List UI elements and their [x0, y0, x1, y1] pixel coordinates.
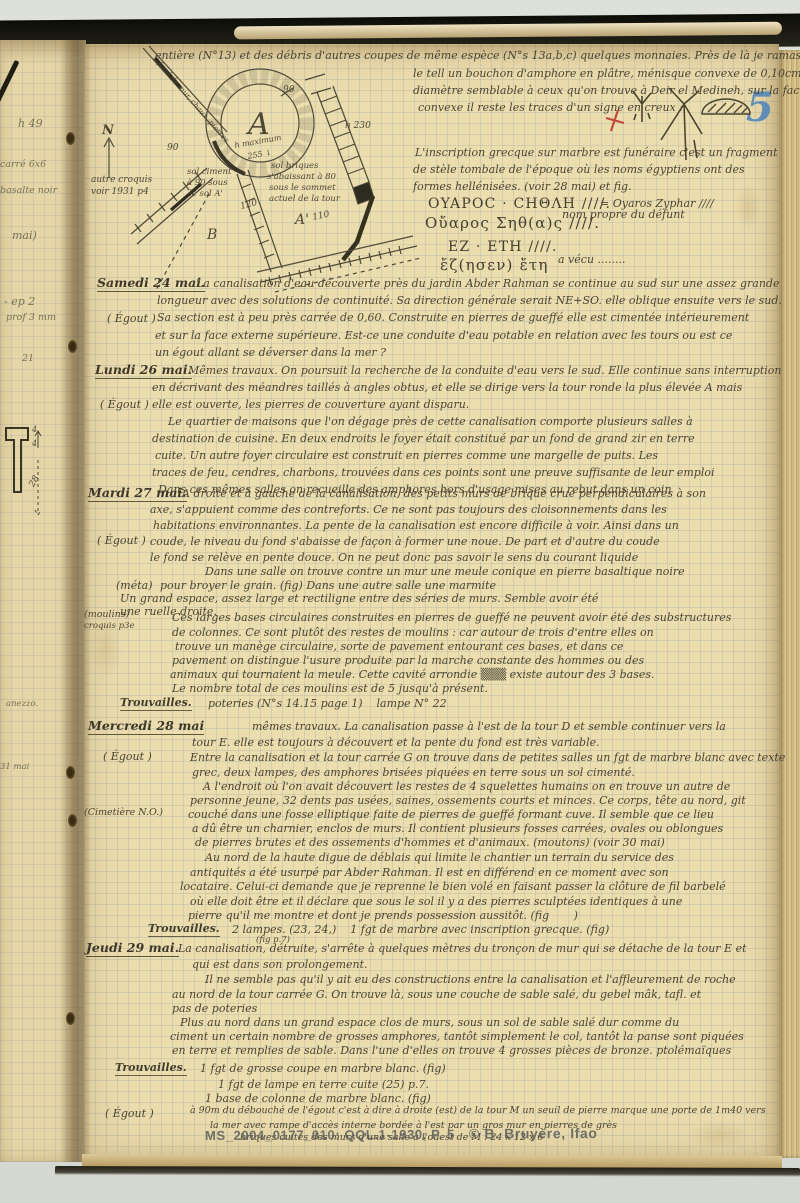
svg-text:90: 90 — [167, 143, 179, 153]
entry-line: La canalisation d'eau découverte près du… — [196, 278, 779, 291]
svg-text:sous le sommet: sous le sommet — [269, 183, 336, 193]
archive-stamp: MS_2004_0177_010: QQL.1-1930, P. 5© B. B… — [205, 1125, 598, 1143]
entry-heading-mercredi-28-mai: Mercredi 28 mai — [88, 719, 204, 735]
svg-text:110: 110 — [312, 210, 331, 223]
svg-text:4: 4 — [31, 425, 37, 434]
plan-margin-note: autre croquis — [91, 175, 152, 185]
stitch-hole — [66, 132, 75, 145]
entry-line: animaux qui tournaient la meule. Cette c… — [170, 669, 655, 682]
stitch-hole — [68, 340, 77, 353]
entry-line: tour E. elle est toujours à découvert et… — [192, 737, 600, 750]
svg-text:4: 4 — [31, 439, 37, 448]
prev-page-fragment: basalte noir — [0, 186, 57, 197]
entry-line: le fond se relève en pente douce. On ne … — [150, 552, 638, 565]
entry-line: traces de feu, cendres, charbons, trouvé… — [152, 467, 715, 480]
entry-heading-samedi-24-mai: Samedi 24 mai. — [97, 276, 205, 292]
prev-page-fragment: anezzo. — [6, 700, 38, 710]
entry-line: Mêmes travaux. On poursuit la recherche … — [188, 365, 782, 378]
area-b-label: B — [206, 227, 217, 243]
entry-line: qui est dans son prolongement. — [192, 959, 368, 972]
svg-text:sol briques: sol briques — [271, 161, 319, 171]
prev-page-fragment: prof 3 mm — [6, 313, 56, 324]
trouvailles-label: Trouvailles. — [115, 1062, 187, 1076]
entry-line: de pierres brutes et des ossements d'hom… — [195, 837, 665, 850]
entry-line: Le nombre total de ces moulins est de 5 … — [172, 683, 488, 696]
svg-text:h 230: h 230 — [345, 121, 371, 131]
margin-label-meta: (méta) — [116, 580, 153, 593]
trouvailles-line: poteries (N°s 14.15 page 1) lampe N° 22 — [208, 698, 447, 711]
entry-line: habitations environnantes. La pente de l… — [153, 520, 679, 533]
north-arrow — [104, 138, 114, 178]
entry-line: un égout allant se déverser dans la mer … — [155, 347, 386, 360]
entry-line: mêmes travaux. La canalisation passe à l… — [252, 721, 726, 734]
greek-inscription-line: ἔζ(ησεν) ἔτη — [440, 257, 549, 274]
trouvailles-label: Trouvailles. — [120, 697, 192, 711]
stitch-hole — [66, 766, 75, 779]
svg-text:255 ↓: 255 ↓ — [246, 148, 273, 161]
svg-text:120: 120 — [239, 198, 258, 212]
entry-heading-mardi-27-mai: Mardi 27 mai. — [88, 486, 187, 502]
entry-line: trouve un manège circulaire, sorte de pa… — [175, 641, 623, 654]
margin-label-croquis: croquis p3e — [84, 622, 135, 632]
margin-label-egout: ( Égout ) — [97, 535, 146, 548]
north-label: N — [101, 123, 115, 138]
entry-line: où elle doit être et il déclare que sous… — [190, 896, 682, 909]
margin-label-egout: ( Égout ) — [105, 1108, 154, 1121]
entry-line: coude, le niveau du fond s'abaisse de fa… — [150, 536, 660, 549]
entry-line: destination de cuisine. En deux endroits… — [152, 433, 695, 446]
svg-text:28: 28 — [27, 474, 42, 490]
entry-line: La canalisation, détruite, s'arrête à qu… — [178, 943, 747, 956]
greek-translation: a vécu ........ — [558, 254, 626, 267]
entry-line: à 90m du débouché de l'égout c'est à dir… — [190, 1106, 766, 1117]
area-a-prime-label: A' — [293, 212, 309, 228]
svg-text:actuel de la tour: actuel de la tour — [269, 194, 341, 204]
margin-label-moulins: (moulins) — [84, 610, 129, 621]
entry-line: pas de poteries — [172, 1003, 257, 1016]
entry-line: pierre qu'il me montre et dont je prends… — [188, 910, 578, 923]
trouvailles-line: 1 fgt de lampe en terre cuite (25) p.7. — [218, 1079, 429, 1092]
margin-label-egout: ( Égout ) — [103, 751, 152, 764]
rolled-page-edge — [234, 22, 782, 40]
scanned-notebook-photo: h 49 carré 6x6 basalte noir mai) - ep 2 … — [0, 0, 800, 1203]
trouvailles-line: 1 fgt de grosse coupe en marbre blanc. (… — [200, 1063, 446, 1076]
plan-margin-note: voir 1931 p4 — [91, 187, 149, 197]
stitch-hole — [66, 1012, 75, 1025]
red-cross-mark — [606, 110, 624, 131]
entry-line: longueur avec des solutions de continuit… — [157, 295, 782, 308]
inscription-note-line: formes hellénisées. (voir 28 mai) et fig… — [413, 181, 632, 194]
copyright-credit: © B. Bruyère, Ifao — [469, 1125, 598, 1142]
prev-page-fragment: carré 6x6 — [0, 160, 46, 171]
greek-inscription-line: ΕΖ · ΕΤΗ ////. — [448, 239, 558, 255]
prev-page-fragment: 31 mai — [0, 763, 29, 773]
entry-line: pour broyer le grain. (fig) Dans une aut… — [160, 580, 496, 593]
entry-line: Ces larges bases circulaires construites… — [172, 612, 731, 625]
entry-line: de colonnes. Ce sont plutôt des restes d… — [172, 627, 654, 640]
entry-line: personne jeune, 32 dents pas usées, sain… — [190, 795, 746, 808]
greek-annotation: nom propre du défunt — [562, 209, 685, 222]
entry-heading-jeudi-29-mai: Jeudi 29 mai. — [86, 941, 179, 957]
entry-line: en décrivant des méandres taillés à angl… — [152, 382, 742, 395]
entry-line: cuite. Un autre foyer circulaire est con… — [155, 450, 658, 463]
entry-line: A droite et à gauche de la canalisation,… — [182, 488, 706, 501]
entry-line: Sa section est à peu près carrée de 0,60… — [157, 312, 749, 325]
entry-line: au nord de la tour carrée G. On trouve l… — [172, 989, 701, 1002]
inscription-note-line: L'inscription grecque sur marbre est fun… — [415, 147, 778, 160]
entry-line: Le quartier de maisons que l'on dégage p… — [168, 416, 693, 429]
entry-line: pavement on distingue l'usure produite p… — [172, 655, 644, 668]
svg-text:s'abaissant à 80: s'abaissant à 80 — [267, 171, 337, 182]
entry-line: a dû être un charnier, enclos de murs. I… — [192, 823, 723, 836]
entry-line: en terre et remplies de sable. Dans l'un… — [172, 1045, 731, 1058]
entry-line: elle est ouverte, les pierres de couvert… — [152, 399, 469, 412]
entry-line: Plus au nord dans un grand espace clos d… — [180, 1017, 679, 1030]
entry-line: Un grand espace, assez large et rectilig… — [120, 593, 598, 606]
entry-line: antiquités a été usurpé par Abder Rahman… — [190, 867, 669, 880]
entry-line: A l'endroit où l'on avait découvert les … — [203, 781, 730, 794]
entry-line: Il ne semble pas qu'il y ait eu des cons… — [205, 974, 736, 987]
entry-line: couché dans une fosse elliptique faite d… — [188, 809, 714, 822]
entry-line: locataire. Celui-ci demande que je repre… — [180, 881, 726, 894]
entry-line: ciment un certain nombre de grosses amph… — [170, 1031, 744, 1044]
svg-text:à 90 sous: à 90 sous — [187, 177, 228, 188]
entry-line: et sur la face externe supérieure. Est-c… — [155, 330, 732, 343]
entry-line: axe, s'appuient comme des contreforts. C… — [150, 504, 667, 517]
trouvailles-line: 1 base de colonne de marbre blanc. (fig) — [205, 1093, 431, 1106]
book-bottom-shadow — [55, 1166, 800, 1177]
svg-text:sol ciment: sol ciment — [187, 167, 232, 177]
prev-page-fragment: - ep 2 — [4, 296, 35, 309]
entry-heading-lundi-26-mai: Lundi 26 mai. — [95, 363, 192, 379]
top-note-line: le tell un bouchon d'amphore en plâtre, … — [413, 68, 800, 81]
margin-label-cimetiere: (Cimetière N.O.) — [84, 808, 163, 819]
margin-label-egout: ( Égout ) — [100, 399, 149, 412]
entry-line: Au nord de la haute digue de déblais qui… — [205, 852, 674, 865]
prev-page-fragment: h 49 — [18, 118, 43, 131]
prev-page-fragment: 21 — [22, 354, 34, 365]
trouvailles-label: Trouvailles. — [148, 923, 220, 937]
entry-line: Entre la canalisation et la tour carrée … — [190, 752, 785, 765]
archive-stamp-id: MS_2004_0177_010: QQL.1-1930, P. 5 — [205, 1127, 455, 1143]
site-plan-sketch: N autre croquis voir 1931 p4 A h maximum… — [85, 46, 430, 298]
hatched-dome-sketch — [702, 99, 750, 114]
prev-page-fragment: mai) — [12, 230, 37, 243]
svg-text:le sol A': le sol A' — [189, 189, 223, 199]
svg-text:90: 90 — [283, 85, 295, 95]
entry-line: grec, deux lampes, des amphores brisées … — [192, 767, 635, 780]
inscription-note-line: de stèle tombale de l'époque où les noms… — [413, 164, 745, 177]
fore-edge-pages — [779, 50, 800, 1158]
stitch-hole — [68, 814, 77, 827]
margin-label-egout: ( Égout ) — [107, 313, 156, 326]
entry-line: Dans une salle on trouve contre un mur u… — [205, 566, 685, 579]
prev-page-object-sketch: 4 4 28 — [2, 420, 48, 538]
